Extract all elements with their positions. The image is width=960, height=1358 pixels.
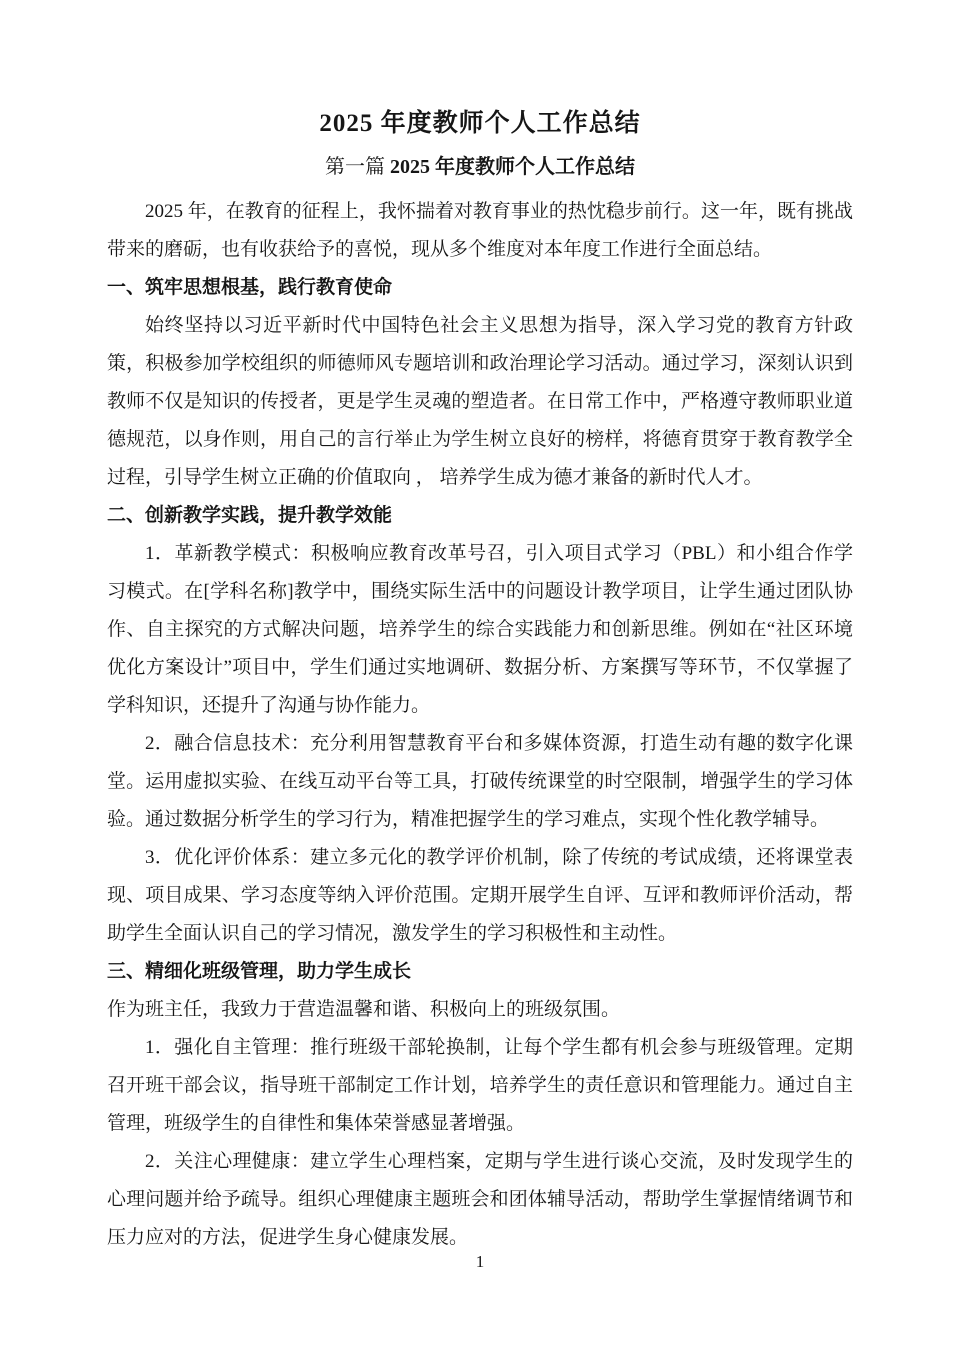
section-2-item-3: 3．优化评价体系：建立多元化的教学评价机制，除了传统的考试成绩，还将课堂表现、项… xyxy=(107,839,853,953)
section-heading-3: 三、精细化班级管理，助力学生成长 xyxy=(107,953,853,991)
section-heading-1: 一、筑牢思想根基，践行教育使命 xyxy=(107,269,853,307)
section-3-item-2: 2．关注心理健康：建立学生心理档案，定期与学生进行谈心交流，及时发现学生的心理问… xyxy=(107,1143,853,1257)
section-2-item-2: 2．融合信息技术：充分利用智慧教育平台和多媒体资源，打造生动有趣的数字化课堂。运… xyxy=(107,725,853,839)
document-content: 2025 年度教师个人工作总结 第一篇 2025 年度教师个人工作总结 2025… xyxy=(107,106,853,1257)
document-body: 2025 年，在教育的征程上，我怀揣着对教育事业的热忱稳步前行。这一年，既有挑战… xyxy=(107,193,853,1257)
page-number: 1 xyxy=(0,1250,960,1274)
subtitle-main: 2025 年度教师个人工作总结 xyxy=(390,156,635,178)
section-3-item-1: 1．强化自主管理：推行班级干部轮换制，让每个学生都有机会参与班级管理。定期召开班… xyxy=(107,1029,853,1143)
section-1-paragraph: 始终坚持以习近平新时代中国特色社会主义思想为指导，深入学习党的教育方针政策，积极… xyxy=(107,307,853,497)
intro-paragraph: 2025 年，在教育的征程上，我怀揣着对教育事业的热忱稳步前行。这一年，既有挑战… xyxy=(107,193,853,269)
document-subtitle: 第一篇 2025 年度教师个人工作总结 xyxy=(107,153,853,181)
section-heading-2: 二、创新教学实践，提升教学效能 xyxy=(107,497,853,535)
subtitle-prefix: 第一篇 xyxy=(325,156,390,178)
document-page: 2025 年度教师个人工作总结 第一篇 2025 年度教师个人工作总结 2025… xyxy=(0,0,960,1358)
document-title: 2025 年度教师个人工作总结 xyxy=(107,106,853,142)
section-2-item-1: 1．革新教学模式：积极响应教育改革号召，引入项目式学习（PBL）和小组合作学习模… xyxy=(107,535,853,725)
section-3-lead: 作为班主任，我致力于营造温馨和谐、积极向上的班级氛围。 xyxy=(107,991,853,1029)
